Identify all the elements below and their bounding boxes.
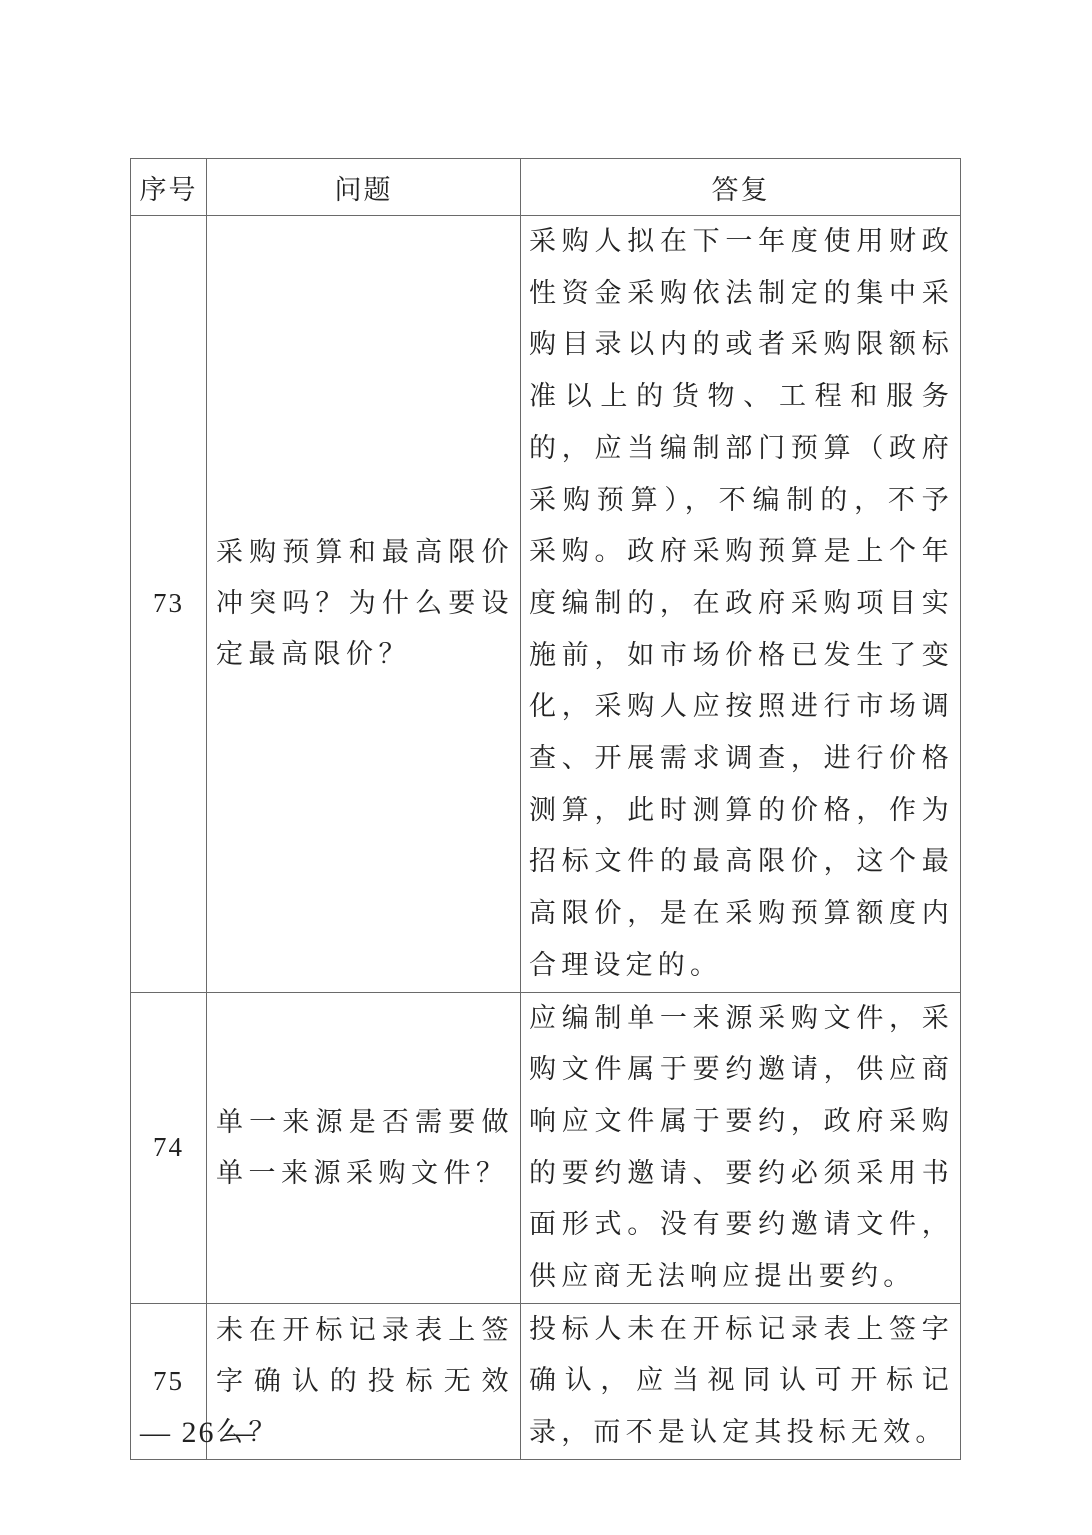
row-question: 单一来源是否需要做单一来源采购文件？ <box>207 992 521 1303</box>
table-row: 73 采购预算和最高限价冲突吗？为什么要设定最高限价？ 采购人拟在下一年度使用财… <box>131 216 961 993</box>
page-number: — 26 — <box>140 1416 257 1450</box>
row-answer: 采购人拟在下一年度使用财政性资金采购依法制定的集中采购目录以内的或者采购限额标准… <box>521 216 961 993</box>
row-answer: 应编制单一来源采购文件，采购文件属于要约邀请，供应商响应文件属于要约，政府采购的… <box>521 992 961 1303</box>
table-row: 74 单一来源是否需要做单一来源采购文件？ 应编制单一来源采购文件，采购文件属于… <box>131 992 961 1303</box>
header-number: 序号 <box>131 159 207 216</box>
table-header-row: 序号 问题 答复 <box>131 159 961 216</box>
row-answer: 投标人未在开标记录表上签字确认，应当视同认可开标记录，而不是认定其投标无效。 <box>521 1303 961 1459</box>
header-question: 问题 <box>207 159 521 216</box>
row-number: 73 <box>131 216 207 993</box>
header-answer: 答复 <box>521 159 961 216</box>
qa-table: 序号 问题 答复 73 采购预算和最高限价冲突吗？为什么要设定最高限价？ 采购人… <box>130 158 961 1460</box>
row-number: 74 <box>131 992 207 1303</box>
row-question: 采购预算和最高限价冲突吗？为什么要设定最高限价？ <box>207 216 521 993</box>
